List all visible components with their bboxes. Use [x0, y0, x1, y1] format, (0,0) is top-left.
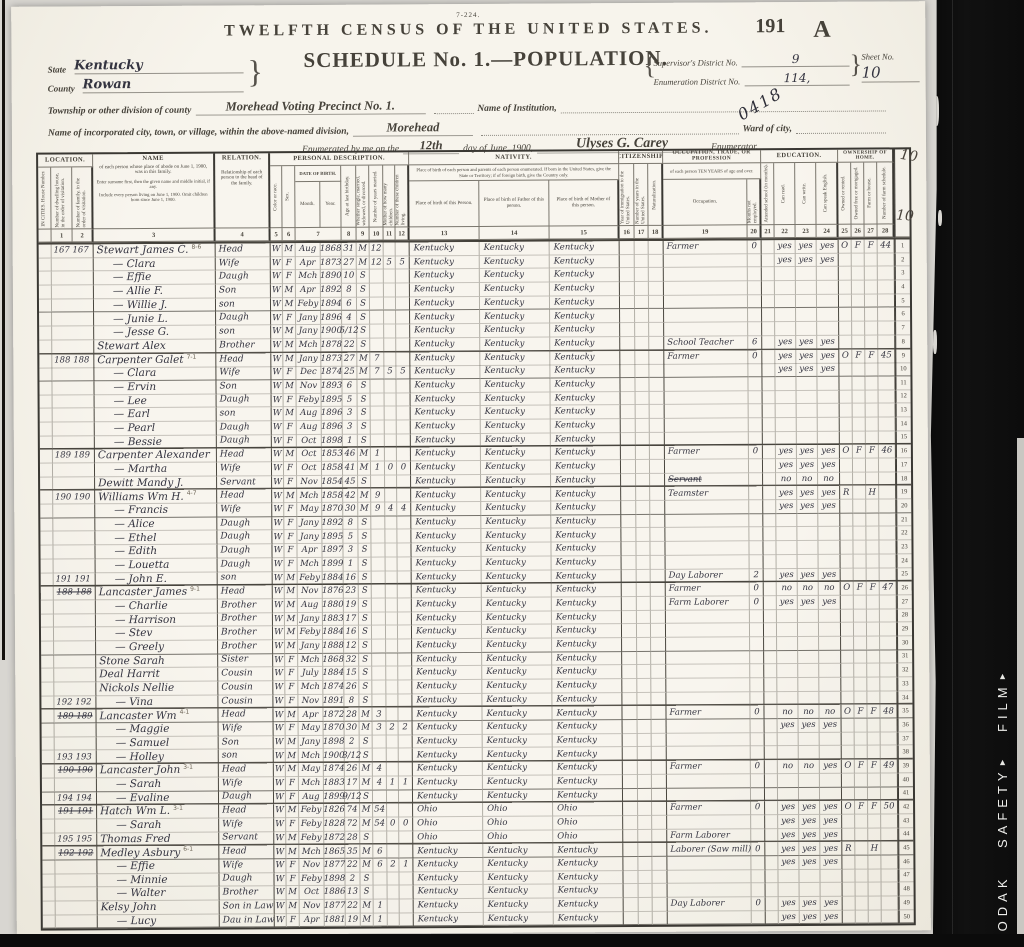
- line-number-cell: 27: [897, 595, 912, 609]
- house-number-cell: [40, 422, 53, 436]
- immigration-cell: [620, 364, 635, 378]
- birth-month-cell: Apr: [298, 708, 323, 722]
- years-married-cell: [372, 653, 386, 667]
- pob-mother-cell: Kentucky: [551, 474, 621, 488]
- pob-person-cell: Kentucky: [410, 269, 480, 283]
- tally-annotation: 4-7: [187, 490, 197, 497]
- marital-cell: S: [357, 338, 370, 352]
- marital-label: Whether single, married, widowed, or div…: [356, 166, 369, 227]
- marital-cell: M: [361, 913, 374, 927]
- speak-english-cell: yes: [820, 828, 842, 842]
- owned-rented-cell: [842, 746, 855, 760]
- film-brand-label: KODAK SAFETY ▼ FILM ▼: [995, 420, 1010, 945]
- school-months-cell: [764, 596, 777, 610]
- birth-month-cell: Jany: [296, 352, 321, 366]
- pob-father-cell: Kentucky: [481, 488, 551, 502]
- owned-rented-cell: [841, 664, 854, 678]
- name-cell: — Sarah: [97, 818, 219, 832]
- immigration-cell: [620, 378, 635, 392]
- marital-cell: S: [359, 612, 372, 626]
- pob-mother-cell: Kentucky: [554, 912, 624, 926]
- years-married-cell: 3: [373, 722, 387, 736]
- farm-house-cell: [867, 623, 880, 637]
- house-number-cell: [39, 340, 52, 354]
- col-number: 4: [216, 228, 271, 241]
- relation-cell: Daugh: [217, 394, 272, 408]
- color-cell: W: [271, 380, 283, 394]
- pob-person-cell: Kentucky: [413, 844, 483, 858]
- house-number-cell: [42, 833, 55, 847]
- birth-month-cell: Aug: [298, 599, 323, 613]
- col-number: [39, 230, 52, 243]
- pob-mother-cell: Kentucky: [554, 898, 624, 912]
- age-cell: 2: [345, 872, 360, 886]
- relation-cell: Daugh: [217, 435, 272, 449]
- supervisor-label: Supervisor's District No.: [653, 57, 737, 68]
- sex-cell: F: [286, 818, 299, 832]
- mother-children-cell: [386, 626, 398, 640]
- pob-person-cell: Kentucky: [413, 721, 483, 735]
- can-read-cell: yes: [776, 500, 797, 514]
- farm-house-cell: F: [867, 582, 880, 596]
- owned-rented-cell: [843, 897, 856, 911]
- speak-english-cell: [819, 623, 841, 637]
- can-read-cell: [778, 774, 799, 788]
- age-cell: 22: [346, 900, 361, 914]
- owned-rented-cell: [842, 856, 855, 870]
- tally-annotation: 3-1: [173, 805, 183, 812]
- mother-children-cell: [384, 284, 396, 298]
- color-cell: W: [272, 544, 284, 558]
- occupation-cell: [666, 651, 750, 665]
- marital-cell: S: [359, 598, 372, 612]
- marital-cell: S: [358, 544, 371, 558]
- city-value: Morehead: [353, 120, 473, 137]
- occupation-cell: [666, 555, 750, 569]
- years-married-cell: 9: [371, 503, 385, 517]
- farm-house-cell: [867, 609, 880, 623]
- immigration-cell: [620, 255, 635, 269]
- children-living-cell: 4: [397, 502, 411, 516]
- speak-english-cell: yes: [817, 253, 839, 267]
- birth-year-cell: 1892: [322, 517, 343, 531]
- farm-schedule-cell: [878, 335, 895, 349]
- age-cell: 12: [344, 640, 359, 654]
- birth-month-cell: Aug: [296, 243, 321, 257]
- dwelling-family-cell: [52, 258, 94, 272]
- pob-person-cell: Kentucky: [413, 762, 483, 776]
- name-cell: — Ervin: [94, 380, 216, 394]
- house-number-cell: [39, 258, 52, 272]
- sex-cell: M: [286, 804, 299, 818]
- name-cell: — Bessie: [95, 435, 217, 449]
- house-number-cell: [40, 464, 53, 478]
- relation-cell: Daugh: [216, 312, 271, 326]
- can-read-cell: [776, 541, 797, 555]
- marital-cell: S: [358, 530, 371, 544]
- house-number-cell: [39, 272, 52, 286]
- age-cell: 8: [342, 284, 357, 298]
- birth-month-cell: Aug: [297, 407, 322, 421]
- pob-person-cell: Kentucky: [414, 913, 484, 927]
- mother-children-cell: [384, 270, 396, 284]
- months-unemployed-cell: [750, 637, 764, 651]
- pob-person-cell: Kentucky: [410, 324, 480, 338]
- sex-cell: F: [284, 530, 297, 544]
- dwelling-family-cell: 189 189: [54, 710, 96, 724]
- immigration-cell: [623, 747, 638, 761]
- color-label: Color or race.: [272, 182, 280, 212]
- can-read-cell: yes: [776, 445, 797, 459]
- relation-cell: Brother: [218, 613, 273, 627]
- pob-father-cell: Kentucky: [482, 693, 552, 707]
- school-months-cell: [764, 664, 777, 678]
- can-write-cell: [798, 651, 819, 665]
- school-header: Attended school (in months).: [761, 163, 774, 225]
- occupation-cell: Servant: [665, 473, 749, 487]
- marital-cell: S: [357, 311, 370, 325]
- farm-house-cell: H: [866, 486, 879, 500]
- can-write-cell: yes: [800, 911, 821, 925]
- marital-cell: S: [358, 475, 371, 489]
- owned-rented-cell: [839, 294, 852, 308]
- marital-cell: S: [358, 516, 371, 530]
- house-number-cell: [41, 641, 54, 655]
- line-number-cell: 4: [895, 280, 910, 294]
- pob-father-cell: Kentucky: [480, 310, 550, 324]
- years-married-cell: [374, 886, 388, 900]
- color-cell: W: [271, 298, 283, 312]
- farm-schedule-cell: [879, 499, 896, 513]
- can-write-cell: [798, 609, 819, 623]
- marital-cell: S: [360, 749, 373, 763]
- city-label: Name of incorporated city, town, or vill…: [48, 127, 349, 139]
- mother-children-cell: [385, 516, 397, 530]
- pob-mother-cell: Ohio: [553, 802, 623, 816]
- pob-mother-cell: Kentucky: [553, 720, 623, 734]
- relation-cell: Daugh: [217, 421, 272, 435]
- free-mortgaged-cell: [856, 910, 869, 924]
- years-married-cell: [373, 735, 387, 749]
- pob-person-cell: Kentucky: [413, 776, 483, 790]
- marital-cell: M: [360, 804, 373, 818]
- marital-cell: S: [361, 886, 374, 900]
- birth-month-cell: Nov: [296, 380, 321, 394]
- sex-cell: F: [285, 654, 298, 668]
- line-number-cell: 16: [896, 445, 911, 459]
- children-living-cell: [397, 543, 411, 557]
- can-read-cell: yes: [775, 350, 796, 364]
- birth-month-cell: Mch: [298, 558, 323, 572]
- farm-house-cell: F: [865, 240, 878, 254]
- free-mortgaged-cell: [856, 897, 869, 911]
- relation-cell: Brother: [218, 599, 273, 613]
- line-number-cell: 1: [895, 239, 910, 253]
- mother-children-cell: [384, 325, 396, 339]
- free-mortgaged-cell: [854, 650, 867, 664]
- owned-header: Owned or rented.: [838, 163, 851, 225]
- color-cell: W: [273, 558, 285, 572]
- pob-person-cell: Kentucky: [412, 666, 482, 680]
- children-living-cell: [398, 708, 412, 722]
- name-cell: Dewitt Mandy J.: [95, 476, 217, 490]
- speak-english-cell: [820, 732, 842, 746]
- line-number-cell: 30: [897, 636, 912, 650]
- pob-mother-cell: Kentucky: [552, 611, 622, 625]
- occupation-cell: Farm Laborer: [666, 596, 750, 610]
- name-cell: — Holley: [97, 750, 219, 764]
- family-label: Number of family, in the order of visita…: [75, 167, 89, 228]
- pob-mother-cell: Kentucky: [552, 638, 622, 652]
- col-number: 15: [550, 226, 620, 239]
- occupation-cell: Farmer: [667, 801, 751, 816]
- free-mortgaged-cell: [853, 404, 866, 418]
- free-mortgaged-cell: [854, 664, 867, 678]
- pob-person-cell: Ohio: [413, 830, 483, 844]
- immigration-cell: [623, 734, 638, 748]
- mother-children-cell: [386, 667, 398, 681]
- pob-father-cell: Kentucky: [483, 721, 553, 735]
- marital-cell: S: [358, 393, 371, 407]
- speak-english-cell: [819, 609, 841, 623]
- mother-children-cell: [386, 598, 398, 612]
- film-marker-icon: ▼: [998, 672, 1008, 682]
- years-us-cell: [636, 501, 650, 515]
- farm-schedule-cell: [881, 718, 898, 732]
- dwelling-family-cell: [55, 737, 97, 751]
- pob-person-cell: Kentucky: [412, 557, 482, 571]
- pob-person-cell: Kentucky: [414, 885, 484, 899]
- sex-cell: M: [283, 284, 296, 298]
- color-cell: W: [274, 791, 286, 805]
- pob-father-cell: Kentucky: [480, 242, 550, 256]
- farm-schedule-cell: [882, 910, 899, 924]
- relation-cell: son: [217, 407, 272, 421]
- relation-cell: Wife: [217, 503, 272, 517]
- speak-english-cell: no: [819, 582, 841, 596]
- pob-person-cell: Kentucky: [411, 461, 481, 475]
- can-read-cell: yes: [775, 254, 796, 268]
- school-months-cell: [762, 322, 775, 336]
- age-cell: 2: [345, 735, 360, 749]
- name-cell: — Charlie: [96, 599, 218, 613]
- months-unemployed-cell: 6: [748, 336, 762, 350]
- years-us-cell: [636, 419, 650, 433]
- school-months-cell: [764, 692, 777, 706]
- immigration-cell: [623, 871, 638, 885]
- months-unemployed-cell: [748, 377, 762, 391]
- age-cell: 27: [342, 352, 357, 366]
- house-number-cell: [42, 778, 55, 792]
- owned-rented-cell: [842, 787, 855, 801]
- can-write-cell: yes: [797, 459, 818, 473]
- sex-cell: M: [287, 900, 300, 914]
- immigration-cell: [623, 775, 638, 789]
- can-read-cell: yes: [775, 363, 796, 377]
- naturalization-cell: [652, 788, 667, 802]
- relation-cell: Brother: [218, 626, 273, 640]
- name-title: NAME: [142, 156, 164, 163]
- age-cell: 26: [344, 681, 359, 695]
- occupation-cell: Farmer: [664, 350, 748, 365]
- occupation-cell: [667, 747, 751, 761]
- children-living-cell: 1: [399, 776, 413, 790]
- naturalization-cell: [649, 282, 664, 296]
- pob-person-cell: Kentucky: [410, 379, 480, 393]
- farm-schedule-header: Number of farm schedule.: [877, 162, 894, 224]
- free-mortgaged-cell: [854, 568, 867, 582]
- free-mortgaged-cell: [855, 719, 868, 733]
- pob-mother-cell: Kentucky: [551, 446, 621, 460]
- occupation-cell: [668, 884, 752, 898]
- can-write-cell: yes: [797, 486, 818, 500]
- children-living-cell: [397, 475, 411, 489]
- children-living-cell: [399, 872, 413, 886]
- farm-house-cell: F: [865, 349, 878, 363]
- free-mortgaged-cell: [855, 773, 868, 787]
- pob-mother-cell: Kentucky: [551, 542, 621, 556]
- farm-schedule-cell: [879, 527, 896, 541]
- relation-cell: Son in Law: [220, 900, 275, 914]
- mother-children-cell: [386, 694, 398, 708]
- line-number-cell: 21: [896, 513, 911, 527]
- immigration-cell: [621, 419, 636, 433]
- farm-house-label: Farm or house.: [866, 177, 874, 209]
- school-months-cell: [764, 678, 777, 692]
- school-months-cell: [765, 788, 778, 802]
- pob-mother-cell: Kentucky: [552, 679, 622, 693]
- speak-english-cell: [818, 418, 840, 432]
- speak-english-cell: yes: [820, 815, 842, 829]
- speak-english-cell: yes: [818, 459, 840, 473]
- years-married-cell: [370, 270, 384, 284]
- marital-cell: M: [359, 708, 372, 722]
- immigration-cell: [622, 569, 637, 583]
- speak-english-cell: yes: [821, 910, 843, 924]
- birth-year-cell: 1874: [323, 681, 344, 695]
- dwelling-label: Number of dwelling house, in the order o…: [54, 167, 68, 228]
- col-number: 8: [342, 228, 357, 241]
- farm-schedule-cell: [878, 376, 895, 390]
- school-months-cell: [762, 350, 775, 364]
- can-read-cell: yes: [778, 801, 799, 815]
- children-living-cell: [399, 804, 413, 818]
- tally-annotation: 8-6: [191, 244, 201, 251]
- age-cell: 16: [344, 571, 359, 585]
- birth-month-cell: Mch: [296, 339, 321, 353]
- birth-year-cell: 1854: [322, 475, 343, 489]
- dwelling-family-cell: 191 191: [55, 805, 97, 819]
- relation-cell: Servant: [217, 476, 272, 490]
- free-mortgaged-cell: [853, 459, 866, 473]
- pob-mother-cell: Ohio: [553, 816, 623, 830]
- birth-year-cell: 1826: [324, 804, 345, 818]
- years-us-cell: [637, 624, 651, 638]
- color-cell: W: [274, 750, 286, 764]
- birth-year-cell: 1858: [322, 489, 343, 503]
- living-label: Number of these children living.: [395, 165, 408, 226]
- owned-rented-cell: [839, 253, 852, 267]
- name-cell: — Walter: [98, 887, 220, 901]
- children-living-cell: [400, 913, 414, 927]
- dwelling-family-cell: [55, 860, 97, 874]
- occupation-cell: [665, 405, 749, 419]
- col-number: 7: [296, 228, 342, 241]
- relation-cell: Sister: [218, 654, 273, 668]
- pob-person-cell: Kentucky: [412, 584, 482, 598]
- years-us-cell: [635, 241, 649, 255]
- mother-children-cell: 2: [387, 722, 399, 736]
- birth-month-cell: Jany: [297, 517, 322, 531]
- line-number-cell: 11: [895, 376, 910, 390]
- pob-mother-cell: Kentucky: [551, 405, 621, 419]
- line-number-cell: 14: [896, 417, 911, 431]
- pob-person-cell: Kentucky: [411, 502, 481, 516]
- color-cell: W: [274, 832, 286, 846]
- sex-cell: M: [285, 708, 298, 722]
- dwelling-family-cell: [54, 559, 96, 573]
- free-mortgaged-cell: [852, 267, 865, 281]
- mother-children-cell: [386, 680, 398, 694]
- pob-person-cell: Kentucky: [410, 365, 480, 379]
- occupation-cell: [667, 856, 751, 870]
- line-number-cell: 3: [895, 267, 910, 281]
- naturalization-cell: [653, 911, 668, 925]
- years-married-cell: [371, 544, 385, 558]
- naturalization-cell: [652, 829, 667, 843]
- can-write-cell: [797, 390, 818, 404]
- color-cell: W: [273, 681, 285, 695]
- pob-mother-cell: Kentucky: [550, 296, 620, 310]
- marital-cell: S: [357, 325, 370, 339]
- house-number-cell: [42, 819, 55, 833]
- owned-rented-cell: [840, 541, 853, 555]
- color-cell: W: [272, 531, 284, 545]
- speak-english-cell: [819, 555, 841, 569]
- color-cell: W: [273, 613, 285, 627]
- pob-mother-cell: Kentucky: [550, 255, 620, 269]
- naturalization-cell: [651, 638, 666, 652]
- school-months-cell: [762, 268, 775, 282]
- school-months-cell: [762, 281, 775, 295]
- speak-english-cell: yes: [820, 842, 842, 856]
- mother-children-cell: [388, 886, 400, 900]
- age-cell: 6: [342, 380, 357, 394]
- age-cell: 17: [344, 612, 359, 626]
- color-cell: W: [273, 626, 285, 640]
- owned-rented-cell: [841, 650, 854, 664]
- school-months-cell: [762, 377, 775, 391]
- birth-year-cell: 1853: [322, 448, 343, 462]
- children-living-cell: [400, 886, 414, 900]
- dwelling-header: Number of dwelling house, in the order o…: [51, 167, 72, 229]
- naturalization-cell: [651, 556, 666, 570]
- children-living-cell: [399, 845, 413, 859]
- farm-house-cell: [866, 459, 879, 473]
- color-cell: W: [274, 777, 286, 791]
- years-married-cell: [373, 749, 387, 763]
- dwelling-family-cell: [52, 367, 94, 381]
- mother-children-cell: [388, 913, 400, 927]
- children-living-cell: [396, 242, 410, 256]
- occupation-cell: Farmer: [664, 240, 748, 255]
- personal-group-header: PERSONAL DESCRIPTION.: [270, 152, 409, 166]
- months-unemployed-cell: [749, 473, 763, 487]
- age-cell: 9/12: [345, 790, 360, 804]
- sex-cell: F: [283, 366, 296, 380]
- owned-rented-cell: O: [841, 705, 854, 719]
- naturalization-cell: [649, 241, 664, 255]
